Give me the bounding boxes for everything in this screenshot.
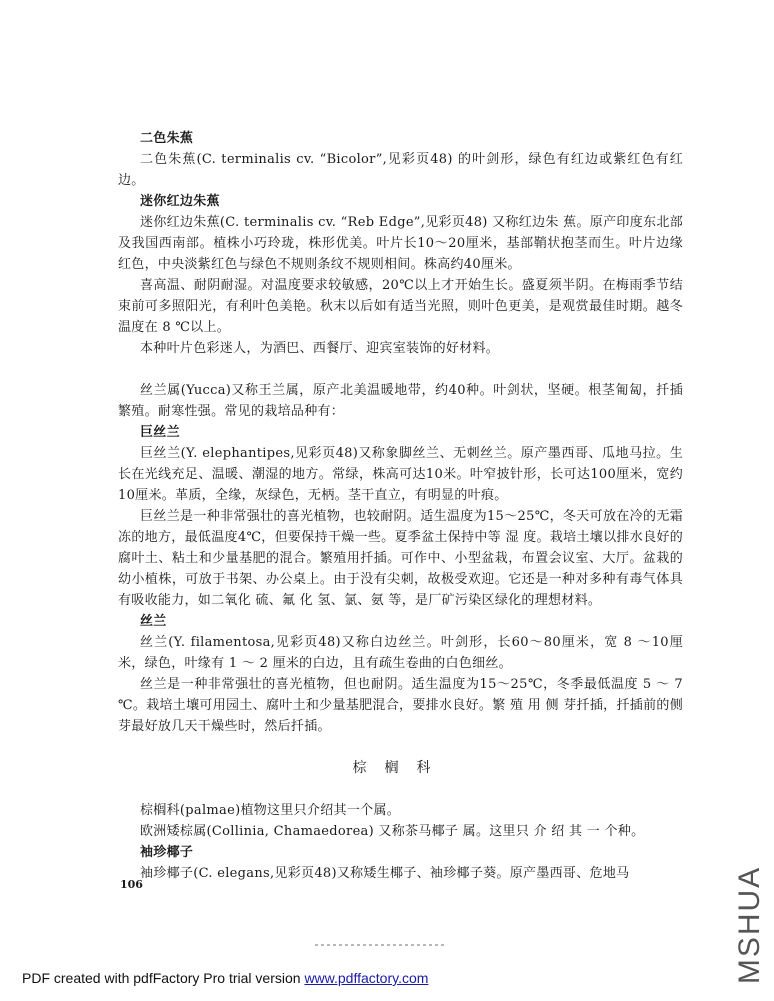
paragraph: 巨丝兰是一种非常强壮的喜光植物，也较耐阴。适生温度为15～25℃，冬天可放在冷的…: [118, 506, 683, 611]
spacer: [118, 359, 683, 380]
page-number: 106: [120, 878, 143, 891]
paragraph: 丝兰属(Yucca)又称王兰属，原产北美温暖地带，约40种。叶剑状，坚硬。根茎匍…: [118, 380, 683, 422]
page-content: 二色朱蕉二色朱蕉(C. terminalis cv. “Bicolor”,见彩页…: [118, 128, 683, 884]
footer-text: PDF created with pdfFactory Pro trial ve…: [22, 970, 304, 986]
paragraph: 迷你红边朱蕉(C. terminalis cv. “Reb Edge”,见彩页4…: [118, 212, 683, 275]
paragraph: 丝兰(Y. filamentosa,见彩页48)又称白边丝兰。叶剑形，长60～8…: [118, 632, 683, 674]
section-heading: 二色朱蕉: [118, 128, 683, 149]
paragraph: 喜高温、耐阴耐湿。对温度要求较敏感，20℃以上才开始生长。盛夏须半阴。在梅雨季节…: [118, 275, 683, 338]
section-heading: 迷你红边朱蕉: [118, 191, 683, 212]
family-title: 棕榈科: [118, 758, 683, 779]
watermark: MSHUA: [730, 860, 770, 990]
paragraph: 棕榈科(palmae)植物这里只介绍其一个属。: [118, 800, 683, 821]
spacer: [118, 737, 683, 758]
paragraph: 丝兰是一种非常强壮的喜光植物，但也耐阴。适生温度为15～25℃，冬季最低温度 5…: [118, 674, 683, 737]
spacer: [118, 779, 683, 800]
paragraph: 欧洲矮棕属(Collinia, Chamaedorea) 又称茶马椰子 属。这里…: [118, 821, 683, 842]
section-heading: 袖珍椰子: [118, 842, 683, 863]
paragraph: 二色朱蕉(C. terminalis cv. “Bicolor”,见彩页48) …: [118, 149, 683, 191]
paragraph: 袖珍椰子(C. elegans,见彩页48)又称矮生椰子、袖珍椰子葵。原产墨西哥…: [118, 863, 683, 884]
section-heading: 丝兰: [118, 611, 683, 632]
scan-artifact: [315, 944, 445, 946]
section-heading: 巨丝兰: [118, 422, 683, 443]
footer-link[interactable]: www.pdffactory.com: [304, 970, 428, 986]
paragraph: 本种叶片色彩迷人，为酒巴、西餐厅、迎宾室装饰的好材料。: [118, 338, 683, 359]
document-page: 二色朱蕉二色朱蕉(C. terminalis cv. “Bicolor”,见彩页…: [0, 0, 774, 1001]
pdf-footer: PDF created with pdfFactory Pro trial ve…: [22, 970, 428, 986]
paragraph: 巨丝兰(Y. elephantipes,见彩页48)又称象脚丝兰、无刺丝兰。原产…: [118, 443, 683, 506]
